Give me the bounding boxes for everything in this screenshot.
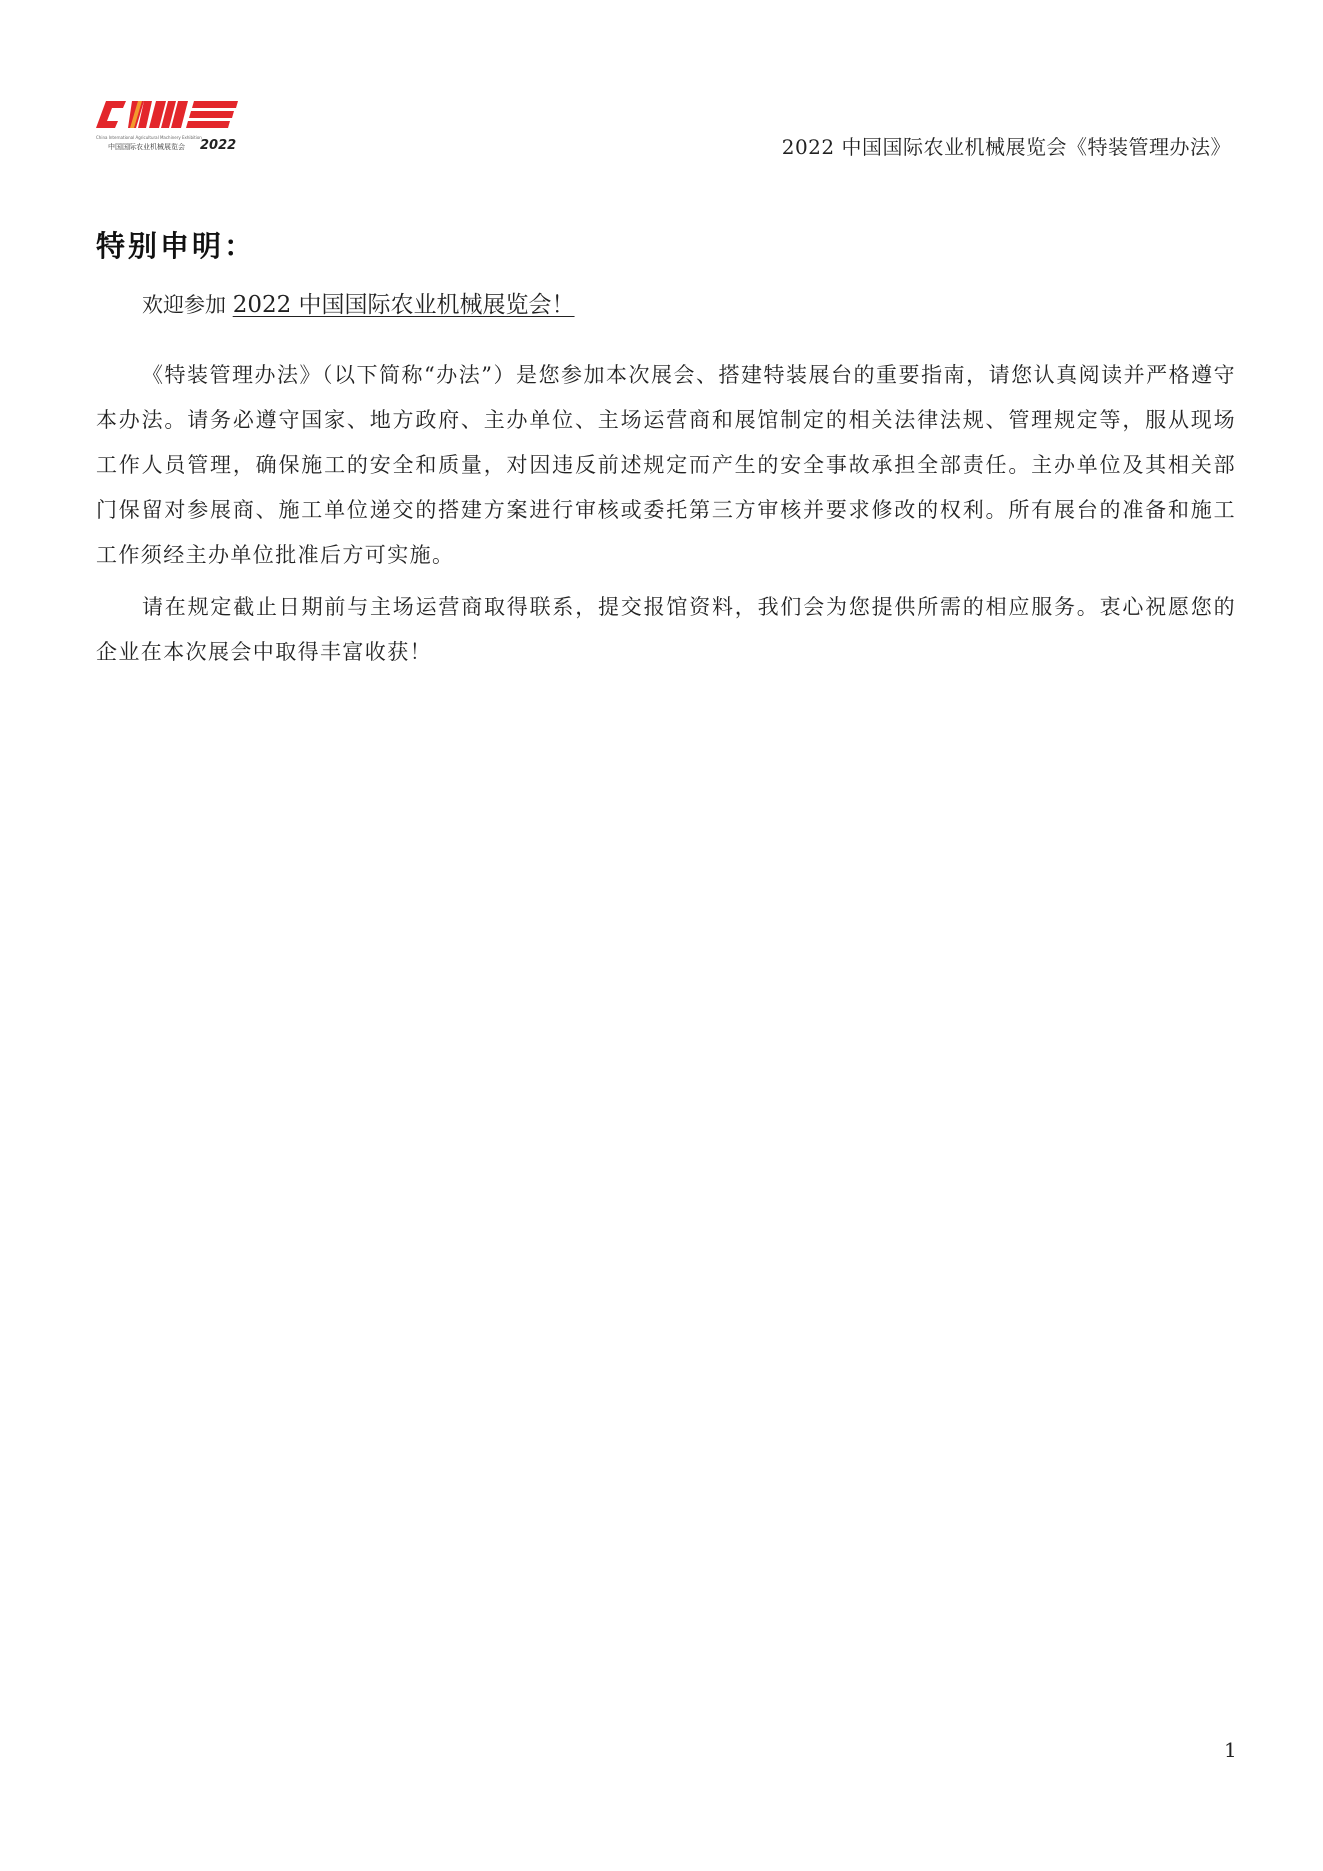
welcome-line: 欢迎参加 2022 中国国际农业机械展览会！ — [142, 286, 575, 319]
logo-subtitle-en: China International Agricultural Machine… — [96, 135, 202, 140]
section-heading: 特别申明： — [96, 224, 256, 265]
welcome-prefix: 欢迎参加 — [142, 293, 226, 317]
logo-subtitle-cn: 中国国际农业机械展览会 — [108, 142, 185, 152]
camie-logo: China International Agricultural Machine… — [96, 97, 242, 155]
logo-year: 2022 — [200, 138, 236, 153]
paragraph-contact: 请在规定截止日期前与主场运营商取得联系，提交报馆资料，我们会为您提供所需的相应服… — [96, 585, 1236, 675]
camie-logo-mark-icon — [96, 97, 242, 137]
document-page: China International Agricultural Machine… — [0, 0, 1323, 1871]
paragraph-guidelines: 《特装管理办法》（以下简称“办法”）是您参加本次展会、搭建特装展台的重要指南，请… — [96, 353, 1236, 578]
welcome-exhibition-name: 2022 中国国际农业机械展览会！ — [233, 292, 575, 318]
document-header-title: 2022 中国国际农业机械展览会《特装管理办法》 — [782, 131, 1231, 160]
page-number: 1 — [1224, 1738, 1237, 1762]
